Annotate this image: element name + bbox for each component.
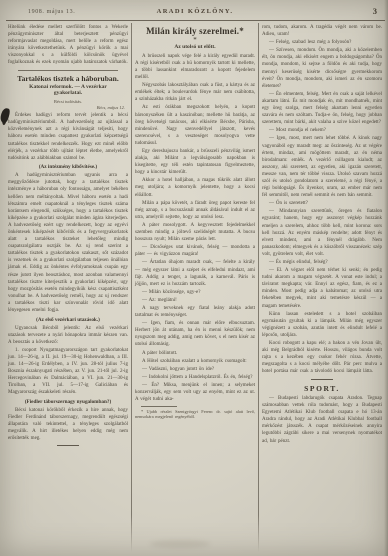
feuilleton-paragraph: — Mindannyian szerettünk, öregen és fiat… [262, 208, 382, 258]
sport-news-item: — Budapesti labdarugók csapata Aradon. T… [262, 395, 382, 445]
sport-section-heading: SPORT. [262, 384, 382, 393]
scan-edge-shadow [384, 0, 388, 556]
feuilleton-paragraph: Akkor a hotel halljában, a magas tükrök … [135, 177, 255, 198]
masthead-title: ARADI KÖZLÖNY. [8, 8, 382, 15]
star-separator: * [135, 37, 255, 43]
feuilleton-paragraph: — Milán közönsége, ugy-e? [135, 289, 255, 296]
feuilleton-paragraph: Künn lassan esteledett s a hotel szobáib… [262, 311, 382, 339]
section-text-3: Bécsi katonai körökből érkezik a hire an… [8, 407, 128, 442]
feuilleton-footnote: * Ujabb részlet Szentgyörgyi Ferenc dr. … [135, 409, 255, 420]
article-subhead: Katonai reformok. — A vezérkar gyakorlat… [16, 84, 120, 98]
feuilleton-paragraph: Kocsi robogott a kapu elé; a bakon a vén… [262, 340, 382, 375]
feuilleton-paragraph: Egy deresbajuszu bankár, a brüsszeli pén… [135, 148, 255, 176]
feuilleton-paragraph: A Hôtel szobáiban ezalatt a komornyik cs… [135, 358, 255, 365]
section-list-2: 1. csoport Nyugatmagyarországon tart gya… [8, 347, 128, 397]
header-rule [6, 20, 385, 21]
feuilleton-paragraph: — És mégis elindul, felség? [262, 259, 382, 266]
section-text-1: A hadügyminisztériumban ugyanis arra a m… [8, 172, 128, 314]
article-end-mark [57, 445, 79, 446]
feuilleton-paragraph: — Felség, szabad lesz még a folyosón? [262, 39, 382, 46]
column-right: rom, tudom, akarom. A tragédia végét nem… [259, 23, 385, 552]
feuilleton-headline: Milán király szerelmei.* [135, 26, 255, 36]
article-dateline: Bécs, május 12. [11, 105, 125, 110]
page-header: 1908. május 13. ARADI KÖZLÖNY. 3 [8, 4, 382, 19]
column-left: Hitelünk éledése mellett szerfölött font… [5, 23, 131, 552]
feuilleton-paragraph: — Indokolni jöttem a Handelsplatzról. És… [135, 374, 255, 381]
feuilleton-paragraph: — Igen, fiam, és onnan már előre elbucsu… [135, 320, 255, 348]
feuilleton-paragraph: — Én? Miksa, menjünk el innen; a selymek… [135, 382, 255, 403]
newspaper-page: 1908. május 13. ARADI KÖZLÖNY. 3 Hitelün… [0, 0, 388, 556]
section-title-3: (Fiedler táborszernagy nyugalomban?) [12, 399, 124, 405]
feuilleton-paragraph: Milán a pápa követét, a fáradt öreg papo… [135, 200, 255, 221]
article-continuation: Hitelünk éledése mellett szerfölött font… [8, 24, 128, 67]
section-title-1: (Az intézmény kibővítése.) [12, 164, 124, 170]
section-intro-2: Ugyancsak Bécsből jelentik: Az első vezé… [8, 325, 128, 346]
feuilleton-paragraph: — Én elmentem, felség. Mert én csak a sa… [262, 91, 382, 126]
article-headline: Tartalékos tisztek a háboruban. [8, 74, 128, 83]
feuilleton-paragraph: — Dicsőséges utat kivánok, felség — mond… [135, 244, 255, 258]
paper-smudge [150, 540, 210, 548]
feuilleton-paragraph: rom, tudom, akarom. A tragédia végét nem… [262, 24, 382, 38]
feuilleton-subhead: Az utolsó ut előtt. [143, 44, 247, 51]
feuilleton-paragraph: — Ön is szeretett? [262, 200, 382, 207]
feuilleton-paragraph: A páter bólintott. [135, 350, 255, 357]
article-kicker: Bécsi tudósítás. [8, 99, 128, 104]
footnote-rule [141, 406, 177, 407]
article-divider-rule [18, 70, 118, 71]
feuilleton-paragraph: Négyszobás lakosztályában csak a füst, a… [135, 82, 255, 103]
section-title-2: (Az első vezérkari utazások.) [12, 317, 124, 323]
column-middle: Milán király szerelmei.* * Az utolsó ut … [132, 23, 258, 552]
column-area: Hitelünk éledése mellett szerfölött font… [5, 23, 385, 552]
feuilleton-paragraph: — Az: meglátni! [135, 297, 255, 304]
feuilleton-paragraph: — Igen, most, mert nem lehet többé. A kí… [262, 135, 382, 199]
feuilleton-paragraph: — Vadászni, hogyan jutott ön ide? [135, 366, 255, 373]
feuilleton-paragraph: Az esti órákban megszokott helyén, a kop… [135, 104, 255, 147]
feuilleton-paragraph: — El. A végzet elől nem térhet ki senki;… [262, 267, 382, 310]
article-lead: Érdekes hadügyi reform tervét jelentik a… [8, 112, 128, 162]
feuilleton-paragraph: — Szívesen, mondom. Ön mondja, aki a köz… [262, 47, 382, 90]
feuilleton-paragraph: A brüsszeli napok vége felé a király egy… [135, 53, 255, 81]
feuilleton-end-mark [311, 379, 333, 380]
feuilleton-paragraph: A páter mosolygott. A kegyvesztett fejed… [135, 222, 255, 243]
page-number: 3 [373, 6, 377, 16]
feuilleton-paragraph: — Most mondja el nekem? [262, 127, 382, 134]
feuilleton-paragraph: — Ártatlan óhajom maradt csak, — felelte… [135, 259, 255, 287]
feuilleton-paragraph: A nagy terveknek egy fiatal leány alakja… [135, 305, 255, 319]
